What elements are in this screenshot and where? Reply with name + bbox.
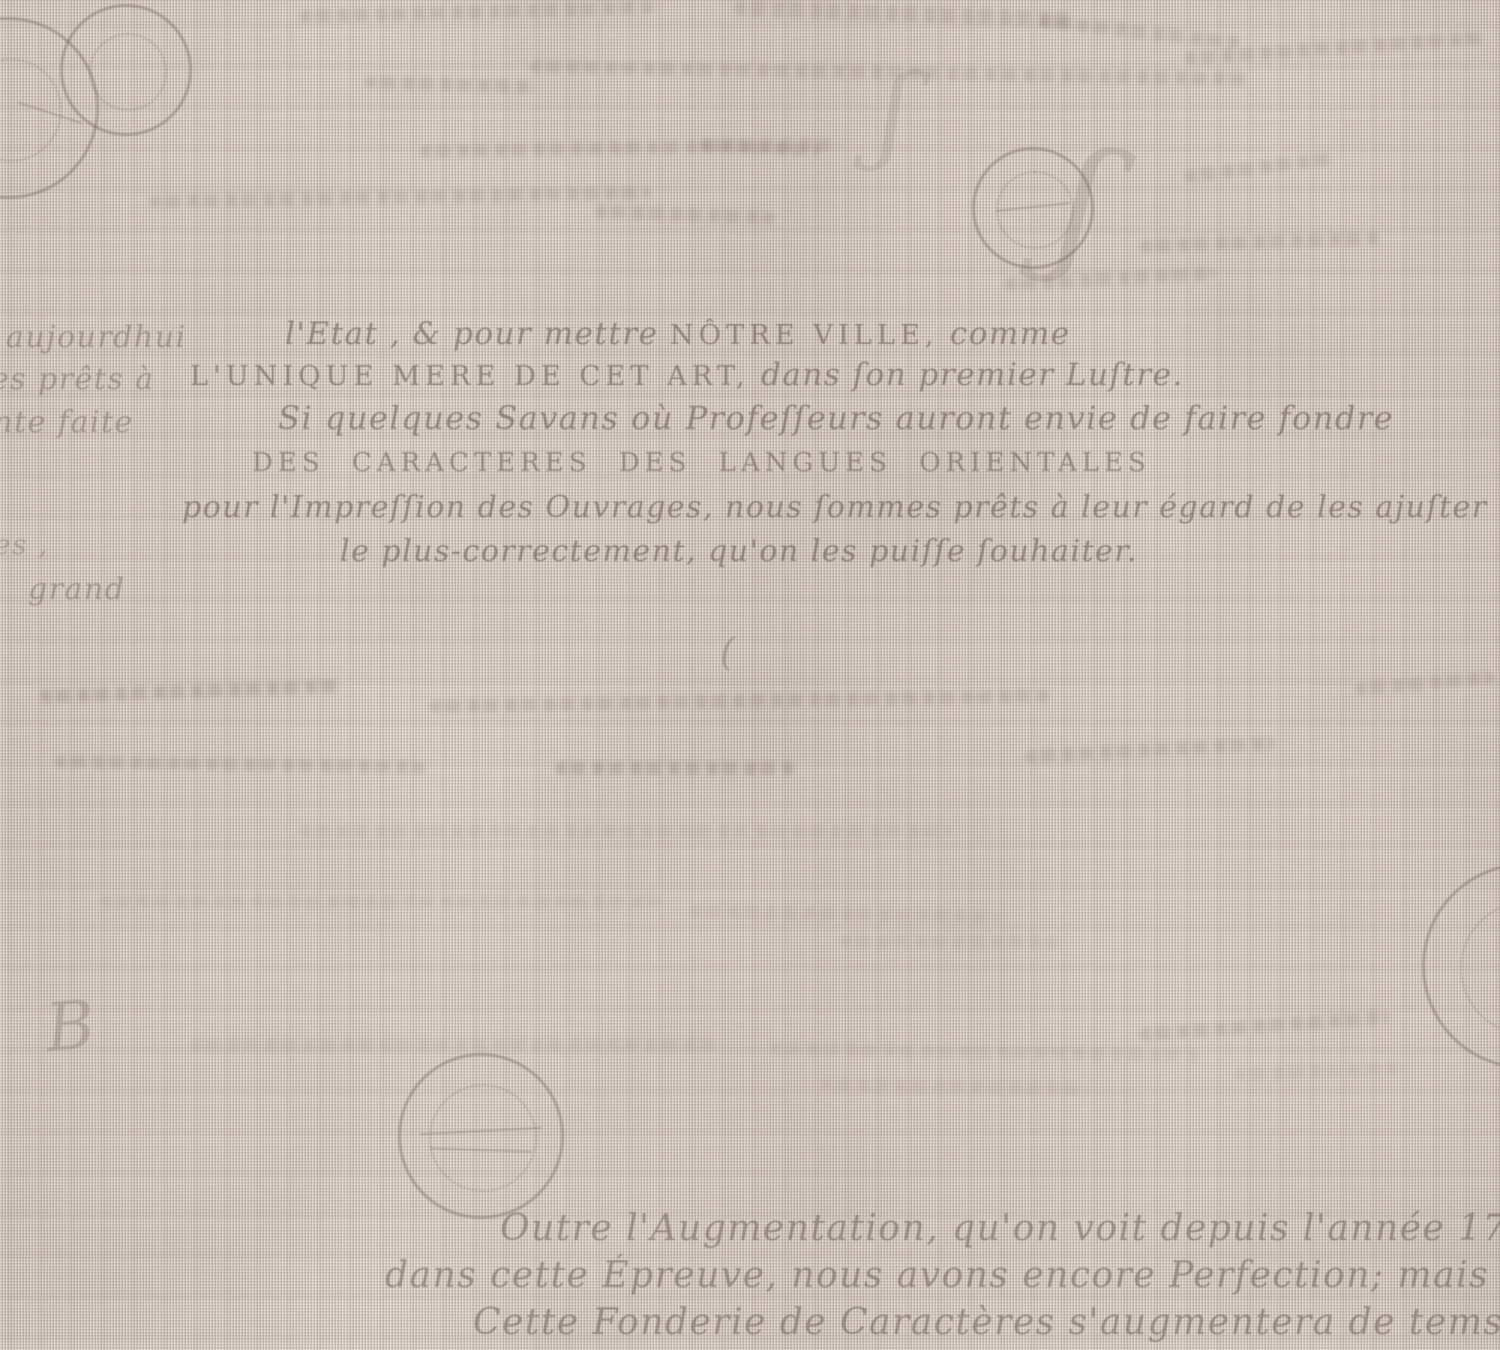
faded-script-line (1025, 737, 1275, 763)
faded-script-line (1039, 15, 1239, 49)
faded-script-line (1005, 267, 1215, 291)
faded-script-line (300, 1, 660, 23)
specimen-line-1-caps: NÔTRE VILLE, (670, 320, 939, 351)
faded-script-line (40, 680, 340, 703)
left-fragment-prets-a: ues prêts à (0, 362, 155, 397)
faded-script-line (190, 1038, 720, 1051)
specimen-line-4-smallcaps: DES CARACTERES DES LANGUES ORIENTALES (252, 448, 1151, 478)
bottom-line-1: Outre l'Augmentation, qu'on voit depuis … (500, 1208, 1500, 1249)
faded-script-line (100, 895, 660, 908)
faded-script-line (300, 825, 950, 838)
faded-script-line (690, 905, 1000, 923)
faded-script-line (1184, 152, 1334, 183)
faded-script-line (1140, 232, 1380, 253)
linen-wallpaper-photo: l'Etat , & pour mettre NÔTRE VILLE, comm… (0, 0, 1500, 1350)
postmark-inner-ring (89, 33, 167, 111)
faded-script-line (365, 75, 535, 94)
postmark-inner-ring (1460, 901, 1500, 1035)
faded-script-line (150, 186, 650, 208)
left-fragment-faite: ente faite (0, 405, 134, 440)
bottom-line-2: dans cette Épreuve, nous avons encore Pe… (385, 1255, 1500, 1296)
faded-script-line (555, 762, 795, 775)
printed-ink-layer: l'Etat , & pour mettre NÔTRE VILLE, comm… (0, 0, 1500, 1350)
specimen-line-6: le plus-correctement, qu'on les puiſſe ſ… (340, 534, 1138, 569)
specimen-line-1: l'Etat , & pour mettre NÔTRE VILLE, comm… (285, 316, 1071, 352)
faded-script-line (820, 1078, 1090, 1096)
faded-script-line (840, 935, 1060, 948)
postmark-inner-ring (0, 58, 62, 162)
specimen-line-3: Si quelques Savans où Profeſſeurs auront… (278, 399, 1394, 437)
faded-script-line (770, 1042, 1200, 1063)
specimen-line-1-script-b: comme (939, 316, 1071, 352)
paren-mark: ( (720, 630, 736, 674)
faded-script-line (1140, 1011, 1390, 1041)
bottom-line-3: Cette Fonderie de Caractères s'augmenter… (473, 1302, 1500, 1343)
faded-script-line (595, 205, 775, 224)
specimen-line-2-script: dans ſon premier Luſtre. (750, 357, 1184, 393)
faded-script-line (55, 755, 425, 774)
specimen-line-2-caps: L'UNIQUE MERE DE CET ART, (190, 361, 750, 392)
faded-script-line (735, 0, 1075, 28)
script-initial-flourish: B (43, 986, 100, 1067)
postmark-inner-ring (429, 1084, 537, 1192)
left-fragment-es: es , (0, 528, 49, 561)
faded-script-line (1235, 1062, 1405, 1081)
left-fragment-grand: grand (28, 572, 125, 607)
specimen-line-2: L'UNIQUE MERE DE CET ART, dans ſon premi… (190, 357, 1184, 393)
postmark-stamp-right-edge (1422, 863, 1500, 1069)
left-fragment-aujourdhui: s aujourdhui (0, 320, 187, 355)
postmark-stamp-lower-left (398, 1053, 564, 1219)
specimen-line-1-script-a: l'Etat , & pour mettre (285, 316, 670, 352)
specimen-line-5: pour l'Impreſſion des Ouvrages, nous ſom… (182, 490, 1488, 525)
faded-script-line (1354, 671, 1495, 696)
faded-script-line (430, 689, 1050, 713)
